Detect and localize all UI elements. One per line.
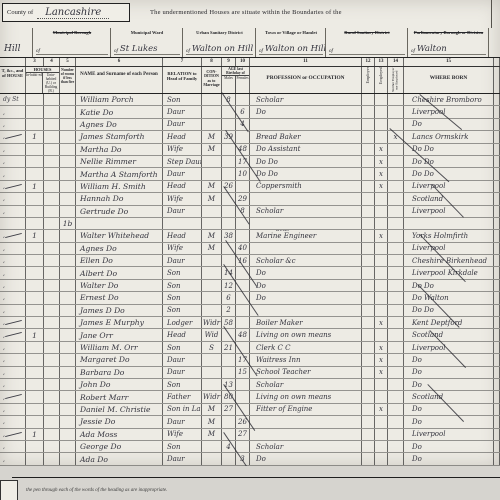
- cell-age-male: 2: [222, 305, 236, 316]
- cell-age-female: [236, 280, 250, 291]
- cell-condition: M: [202, 193, 222, 204]
- cell-relation: Head: [163, 230, 202, 241]
- header-houses-group: HOUSES In-habit-ed Unin-habited (U.) or …: [26, 67, 60, 93]
- cell-occupation: Do Do: [250, 156, 362, 167]
- cell-age-male: [222, 429, 236, 440]
- cell-cut: [494, 342, 500, 353]
- cell-name: Gertrude Do: [76, 206, 163, 217]
- cell-employed-mark: [375, 255, 388, 266]
- cell-age-female: [236, 379, 250, 390]
- header-relation: RELATION to Head of Family: [163, 67, 202, 93]
- cell-name: James D Do: [76, 305, 163, 316]
- cell-condition: [202, 106, 222, 117]
- cell-relation: Son in Law: [163, 404, 202, 415]
- census-scan-page: County of Lancashire The undermentioned …: [0, 0, 500, 500]
- cell-rooms: [60, 94, 76, 105]
- cell-employed-mark: [375, 441, 388, 452]
- cell-occupation: [250, 218, 362, 229]
- cell-employed-mark: [375, 243, 388, 254]
- cell-age-male: [222, 367, 236, 378]
- cell-where-born: Do: [404, 119, 494, 130]
- cell-employer-mark: [362, 441, 375, 452]
- cell-where-born: Do Walton: [404, 292, 494, 303]
- cell-street: ,: [0, 329, 26, 340]
- cell-name: Nellie Rimmer: [76, 156, 163, 167]
- header-age-group: AGE last Birthday of Males Females: [222, 67, 250, 93]
- cell-occupation: Waitress Inn: [250, 354, 362, 365]
- cell-occupation: [250, 193, 362, 204]
- cell-neither-mark: [388, 391, 404, 402]
- cell-occupation: [250, 243, 362, 254]
- cell-age-female: 6: [236, 106, 250, 117]
- cell-employer-mark: [362, 131, 375, 142]
- cell-employed-mark: [375, 391, 388, 402]
- cell-condition: [202, 218, 222, 229]
- cell-age-male: [222, 453, 236, 464]
- cell-age-male: [222, 416, 236, 427]
- cell-age-female: [236, 305, 250, 316]
- cell-relation: Wife: [163, 144, 202, 155]
- cell-condition: M: [202, 230, 222, 241]
- table-body: dy St William Porch Son 8 Scholar Cheshi…: [0, 94, 500, 478]
- cell-employed-mark: [375, 94, 388, 105]
- district-label: Parliamentary Borough or Division: [411, 30, 486, 35]
- cell-age-male: [222, 206, 236, 217]
- district-field: Urban Sanitary District of Walton on Hil…: [182, 28, 255, 57]
- cell-street: ,: [0, 305, 26, 316]
- cell-condition: [202, 119, 222, 130]
- cell-employed-mark: [375, 292, 388, 303]
- cell-employer-mark: [362, 292, 375, 303]
- cell-age-male: [222, 144, 236, 155]
- cell-where-born: Liverpool: [404, 206, 494, 217]
- cell-uninhabited: [44, 144, 60, 155]
- cell-relation: Son: [163, 305, 202, 316]
- cell-rooms: [60, 354, 76, 365]
- cell-name: Martha A Stamforth: [76, 168, 163, 179]
- cell-neither-mark: [388, 230, 404, 241]
- cell-uninhabited: [44, 317, 60, 328]
- cell-condition: S: [202, 342, 222, 353]
- cell-employed-mark: [375, 280, 388, 291]
- cell-age-male: 14: [222, 267, 236, 278]
- table-row: , Albert Do Son 14 Do Liverpool Kirkdale: [0, 267, 500, 279]
- cell-cut: [494, 391, 500, 402]
- cell-inhabited: [26, 119, 44, 130]
- cell-condition: M: [202, 131, 222, 142]
- cell-street: ,: [0, 131, 26, 142]
- cell-neither-mark: [388, 206, 404, 217]
- cell-uninhabited: [44, 106, 60, 117]
- cell-street: ,: [0, 342, 26, 353]
- cell-rooms: [60, 292, 76, 303]
- cell-age-male: [222, 255, 236, 266]
- heading-instruction-note: the pen through each of the words of the…: [26, 488, 167, 493]
- cell-age-female: [236, 181, 250, 192]
- cell-age-male: 21: [222, 342, 236, 353]
- cell-employer-mark: [362, 354, 375, 365]
- header-cut-column: [494, 67, 500, 93]
- cell-uninhabited: [44, 267, 60, 278]
- cell-neither-mark: [388, 429, 404, 440]
- cell-employed-mark: x: [375, 367, 388, 378]
- table-row: , Ada Do Daur 3 Do Do: [0, 453, 500, 465]
- table-row: , Martha A Stamforth Daur 10 Do Do x Do …: [0, 168, 500, 180]
- cell-name: Ada Moss: [76, 429, 163, 440]
- cell-inhabited: [26, 354, 44, 365]
- header-age-males: Males: [222, 76, 236, 93]
- cell-employer-mark: [362, 218, 375, 229]
- cell-cut: [494, 106, 500, 117]
- cell-street: ,: [0, 379, 26, 390]
- cell-where-born: Liverpool: [404, 429, 494, 440]
- cell-rooms: 1b: [60, 218, 76, 229]
- cell-age-male: [222, 168, 236, 179]
- cell-occupation: [250, 305, 362, 316]
- cell-relation: [163, 218, 202, 229]
- cell-relation: Wife: [163, 429, 202, 440]
- cell-name: John Do: [76, 379, 163, 390]
- cell-age-female: 26: [236, 416, 250, 427]
- cell-employed-mark: [375, 453, 388, 464]
- cell-where-born: Scotland: [404, 193, 494, 204]
- cell-age-male: 58: [222, 317, 236, 328]
- cell-cut: [494, 453, 500, 464]
- cell-uninhabited: [44, 329, 60, 340]
- cell-where-born: Cheshire Birkenhead: [404, 255, 494, 266]
- cell-employer-mark: [362, 391, 375, 402]
- cell-street: ,: [0, 416, 26, 427]
- cell-employer-mark: [362, 168, 375, 179]
- cell-relation: Wife: [163, 193, 202, 204]
- cell-neither-mark: [388, 267, 404, 278]
- cell-street: ,: [0, 367, 26, 378]
- cell-occupation: Bread Baker: [250, 131, 362, 142]
- district-value: Walton: [417, 44, 447, 54]
- header-born: WHERE BORN: [404, 67, 494, 93]
- cell-rooms: [60, 280, 76, 291]
- cell-employer-mark: [362, 429, 375, 440]
- cell-age-female: [236, 267, 250, 278]
- cell-street: ,: [0, 193, 26, 204]
- column-numbers-row: 3 4 5 6 7 8 9 10 11 12 13 14 15: [0, 58, 500, 67]
- cell-employed-mark: x: [375, 156, 388, 167]
- cell-rooms: [60, 193, 76, 204]
- cell-inhabited: [26, 453, 44, 464]
- cell-condition: [202, 255, 222, 266]
- cell-occupation: SeasMarine Engineer: [250, 230, 362, 241]
- header-neither: Neither Employer nor Employed: [388, 67, 404, 93]
- cell-cut: [494, 267, 500, 278]
- cell-neither-mark: x: [388, 131, 404, 142]
- table-row: 1b: [0, 218, 500, 230]
- district-label: Urban Sanitary District: [186, 30, 253, 35]
- cell-inhabited: 1: [26, 429, 44, 440]
- district-field: Municipal Borough of: [32, 28, 110, 57]
- cell-cut: [494, 416, 500, 427]
- cell-relation: Daur: [163, 416, 202, 427]
- cell-occupation: [250, 416, 362, 427]
- table-row: , Gertrude Do Daur 8 Scholar Liverpool: [0, 206, 500, 218]
- colnum: 12: [362, 58, 375, 66]
- cell-employer-mark: [362, 106, 375, 117]
- cell-condition: [202, 292, 222, 303]
- of-label: of: [114, 49, 118, 54]
- cell-employer-mark: [362, 119, 375, 130]
- cell-employer-mark: [362, 305, 375, 316]
- cell-inhabited: [26, 292, 44, 303]
- county-box: County of Lancashire: [2, 3, 130, 22]
- colnum: 7: [163, 58, 202, 66]
- table-row: , Barbara Do Daur 15 School Teacher x Do: [0, 367, 500, 379]
- table-row: , Walter Do Son 12 Do Do Do: [0, 280, 500, 292]
- cell-age-male: 8: [222, 94, 236, 105]
- cell-age-male: [222, 193, 236, 204]
- colnum: 8: [202, 58, 222, 66]
- cell-neither-mark: [388, 404, 404, 415]
- cell-condition: [202, 94, 222, 105]
- cell-relation: Daur: [163, 354, 202, 365]
- cell-age-female: 29: [236, 193, 250, 204]
- cell-name: Jane Orr: [76, 329, 163, 340]
- district-field: Parliamentary Borough or Division of Wal…: [407, 28, 488, 57]
- cell-age-female: [236, 441, 250, 452]
- of-label: of: [36, 49, 40, 54]
- cell-inhabited: [26, 255, 44, 266]
- cell-age-male: 6: [222, 292, 236, 303]
- table-row: , Margaret Do Daur 17 Waitress Inn x Do: [0, 354, 500, 366]
- cell-inhabited: [26, 206, 44, 217]
- cell-occupation: Do Assistant: [250, 144, 362, 155]
- cell-street: ,: [0, 391, 26, 402]
- cell-uninhabited: [44, 292, 60, 303]
- cell-street: dy St: [0, 94, 26, 105]
- cell-employer-mark: [362, 367, 375, 378]
- cell-employer-mark: [362, 144, 375, 155]
- cell-uninhabited: [44, 280, 60, 291]
- cell-occupation: Scholar: [250, 94, 362, 105]
- bottom-strip: the pen through each of the words of the…: [0, 466, 500, 500]
- cell-neither-mark: [388, 379, 404, 390]
- cell-where-born: Do Do: [404, 156, 494, 167]
- cell-employer-mark: [362, 379, 375, 390]
- table-row: , 1 James Stamforth Head M 39 Bread Bake…: [0, 131, 500, 143]
- cell-occupation: Scholar: [250, 379, 362, 390]
- cell-where-born: Liverpool: [404, 106, 494, 117]
- cell-uninhabited: [44, 94, 60, 105]
- colnum: 9: [222, 58, 236, 66]
- cell-age-female: [236, 342, 250, 353]
- cell-employer-mark: [362, 329, 375, 340]
- cell-relation: Head: [163, 181, 202, 192]
- colnum-blank: [0, 58, 26, 66]
- header-occupation: PROFESSION or OCCUPATION: [250, 67, 362, 93]
- cell-inhabited: [26, 379, 44, 390]
- cell-relation: Son: [163, 441, 202, 452]
- cell-age-female: [236, 292, 250, 303]
- cell-inhabited: [26, 404, 44, 415]
- county-label: County of: [7, 9, 33, 16]
- colnum: 11: [250, 58, 362, 66]
- cell-condition: M: [202, 243, 222, 254]
- cell-neither-mark: [388, 94, 404, 105]
- cell-uninhabited: [44, 119, 60, 130]
- colnum: 5: [60, 58, 76, 66]
- cell-relation: Son: [163, 280, 202, 291]
- cell-rooms: [60, 119, 76, 130]
- cell-uninhabited: [44, 367, 60, 378]
- cell-age-female: 48: [236, 144, 250, 155]
- cell-inhabited: [26, 416, 44, 427]
- cell-uninhabited: [44, 156, 60, 167]
- cell-employed-mark: [375, 329, 388, 340]
- cell-age-female: [236, 230, 250, 241]
- header-rooms: Number of rooms if less than five: [60, 67, 76, 93]
- cell-age-female: [236, 94, 250, 105]
- cell-name: Ellen Do: [76, 255, 163, 266]
- cell-cut: [494, 168, 500, 179]
- cell-neither-mark: [388, 329, 404, 340]
- cell-uninhabited: [44, 230, 60, 241]
- cell-age-female: 8: [236, 206, 250, 217]
- cell-occupation: Do Do: [250, 168, 362, 179]
- cell-rooms: [60, 416, 76, 427]
- cell-employer-mark: [362, 193, 375, 204]
- cell-uninhabited: [44, 379, 60, 390]
- cell-age-male: 80: [222, 391, 236, 402]
- cell-occupation: Living on own means: [250, 391, 362, 402]
- cell-where-born: Liverpool Kirkdale: [404, 267, 494, 278]
- cell-condition: [202, 156, 222, 167]
- cell-name: Jessie Do: [76, 416, 163, 427]
- cell-cut: [494, 441, 500, 452]
- cell-cut: [494, 131, 500, 142]
- cell-cut: [494, 317, 500, 328]
- header-uninhabited: Unin-habited (U.) or Building (B.): [43, 73, 59, 93]
- cell-relation: Step Daur: [163, 156, 202, 167]
- cell-where-born: Do: [404, 367, 494, 378]
- cell-condition: [202, 206, 222, 217]
- cell-rooms: [60, 243, 76, 254]
- cell-name: Albert Do: [76, 267, 163, 278]
- cell-street: ,: [0, 243, 26, 254]
- cell-where-born: Cheshire Bromboro: [404, 94, 494, 105]
- cell-condition: [202, 280, 222, 291]
- cell-where-born: Lancs Ormskirk: [404, 131, 494, 142]
- cell-condition: [202, 354, 222, 365]
- cell-cut: [494, 329, 500, 340]
- cell-age-male: [222, 218, 236, 229]
- cell-employed-mark: [375, 429, 388, 440]
- district-cut-column: [488, 28, 500, 57]
- cell-name: George Do: [76, 441, 163, 452]
- cell-name: Agnes Do: [76, 243, 163, 254]
- cell-uninhabited: [44, 206, 60, 217]
- cell-street: ,: [0, 168, 26, 179]
- cell-relation: Lodger: [163, 317, 202, 328]
- cell-age-male: 4: [222, 441, 236, 452]
- cell-street: ,: [0, 144, 26, 155]
- cell-employer-mark: [362, 453, 375, 464]
- cell-uninhabited: [44, 342, 60, 353]
- cell-relation: Son: [163, 267, 202, 278]
- cell-neither-mark: [388, 354, 404, 365]
- cell-age-female: 48: [236, 329, 250, 340]
- cell-inhabited: [26, 441, 44, 452]
- table-row: , 1 Jane Orr Head Wid 48 Living on own m…: [0, 329, 500, 341]
- cell-inhabited: [26, 243, 44, 254]
- cell-street: ,: [0, 181, 26, 192]
- cell-inhabited: [26, 267, 44, 278]
- cell-occupation: Do: [250, 267, 362, 278]
- cell-street: ,: [0, 267, 26, 278]
- margin-value: Hill: [4, 44, 20, 54]
- cell-occupation: Scholar: [250, 206, 362, 217]
- cell-where-born: Scotland: [404, 391, 494, 402]
- cell-occupation: Scholar &c: [250, 255, 362, 266]
- cell-occupation: Boiler Maker: [250, 317, 362, 328]
- cell-occupation: Fitter of Engine: [250, 404, 362, 415]
- cell-cut: [494, 255, 500, 266]
- cell-cut: [494, 280, 500, 291]
- cell-relation: Son: [163, 379, 202, 390]
- cell-relation: Daur: [163, 453, 202, 464]
- cell-inhabited: [26, 156, 44, 167]
- cell-uninhabited: [44, 391, 60, 402]
- cell-uninhabited: [44, 305, 60, 316]
- cell-age-male: 12: [222, 280, 236, 291]
- cell-cut: [494, 367, 500, 378]
- colnum: 10: [236, 58, 250, 66]
- cell-rooms: [60, 168, 76, 179]
- cell-neither-mark: [388, 367, 404, 378]
- cell-employed-mark: [375, 119, 388, 130]
- cell-uninhabited: [44, 218, 60, 229]
- cell-employed-mark: [375, 106, 388, 117]
- cell-age-female: [236, 317, 250, 328]
- cell-rooms: [60, 367, 76, 378]
- table-row: , William M. Orr Son S 21 Clerk C C x Li…: [0, 342, 500, 354]
- cell-rooms: [60, 329, 76, 340]
- cell-neither-mark: [388, 156, 404, 167]
- table-row: , 1 Ada Moss Wife M 27 Liverpool: [0, 429, 500, 441]
- of-label: of: [259, 49, 263, 54]
- cell-age-female: 3: [236, 453, 250, 464]
- cell-street: ,: [0, 441, 26, 452]
- cell-rooms: [60, 131, 76, 142]
- cell-relation: Daur: [163, 119, 202, 130]
- cell-inhabited: 1: [26, 131, 44, 142]
- cell-condition: Wid: [202, 329, 222, 340]
- cell-employed-mark: x: [375, 342, 388, 353]
- cell-name: Robert Marr: [76, 391, 163, 402]
- cell-name: Ernest Do: [76, 292, 163, 303]
- cell-street: ,: [0, 453, 26, 464]
- table-row: , Daniel M. Christie Son in Law M 27 Fit…: [0, 404, 500, 416]
- cell-uninhabited: [44, 255, 60, 266]
- district-value: St Lukes: [120, 44, 158, 54]
- cell-cut: [494, 354, 500, 365]
- cell-occupation: Do: [250, 292, 362, 303]
- cell-age-female: [236, 131, 250, 142]
- colnum: 4: [44, 58, 60, 66]
- header-condition: CON- DITION as to Marriage: [202, 67, 222, 93]
- cell-cut: [494, 94, 500, 105]
- cell-where-born: Do: [404, 404, 494, 415]
- cell-employed-mark: [375, 218, 388, 229]
- header-age: AGE last Birthday of: [222, 67, 249, 76]
- table-row: , Agnes Do Wife M 40 Liverpool: [0, 243, 500, 255]
